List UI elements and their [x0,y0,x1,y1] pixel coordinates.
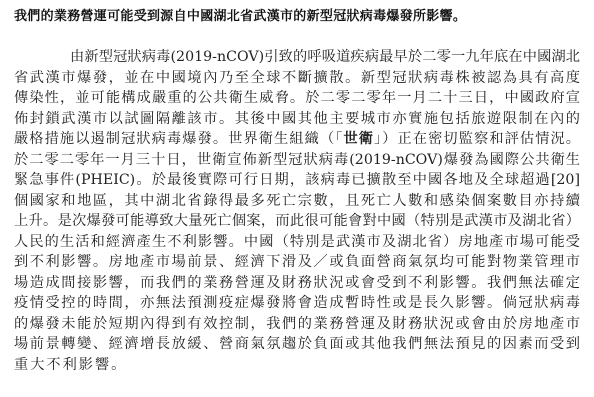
paragraph-line: 的爆發未能於短期內得到有效控制，我們的業務營運及財務狀況或會由於房地產市 [14,314,580,335]
paragraph-line: 場造成間接影響，而我們的業務營運及財務狀況或會受到不利影響。我們無法確定 [14,273,580,294]
paragraph-line: 疫情受控的時間，亦無法預測疫症爆發將會造成暫時性或是長久影響。倘冠狀病毒 [14,293,580,314]
paragraph-line-with-defined-term: 嚴格措施以遏制冠狀病毒爆發。世界衛生組織（「世衛」）正在密切監察和評估情況。 [14,129,580,150]
line-text-after: 」）正在密切監察和評估情況。 [374,131,580,147]
paragraph-line: 傳染性，並可能構成嚴重的公共衛生威脅。於二零二零年一月二十三日，中國政府宣 [14,88,580,109]
document-heading: 我們的業務營運可能受到源自中國湖北省武漢市的新型冠狀病毒爆發所影響。 [14,7,580,27]
paragraph-line: 上升。是次爆發可能導致大量死亡個案，而此很可能會對中國（特別是武漢市及湖北省） [14,211,580,232]
paragraph-line: 個國家和地區，其中湖北省錄得最多死亡宗數，且死亡人數和感染個案數目亦持續 [14,191,580,212]
document: 我們的業務營運可能受到源自中國湖北省武漢市的新型冠狀病毒爆發所影響。 由新型冠狀… [14,7,580,375]
paragraph-line: 省武漢市爆發，並在中國境內乃至全球不斷擴散。新型冠狀病毒株被認為具有高度 [14,68,580,89]
paragraph-line: 到不利影響。房地產市場前景、經濟下滑及／或負面營商氣氛均可能對物業管理市 [14,252,580,273]
defined-term: 世衛 [343,131,374,147]
paragraph-line: 人民的生活和經濟產生不利影響。中國（特別是武漢市及湖北省）房地產市場可能受 [14,232,580,253]
paragraph-line: 緊急事件(PHEIC)。於最後實際可行日期，該病毒已擴散至中國各地及全球超過[2… [14,170,580,191]
paragraph-line: 佈封鎖武漢市以試圖隔離該市。其後中國其他主要城市亦實施包括旅遊限制在內的 [14,109,580,130]
paragraph-line: 場前景轉變、經濟增長放緩、營商氣氛趨於負面或其他我們無法預見的因素而受到 [14,334,580,355]
body-paragraph: 由新型冠狀病毒(2019-nCOV)引致的呼吸道疾病最早於二零一九年底在中國湖北… [14,47,580,375]
line-text-before: 嚴格措施以遏制冠狀病毒爆發。世界衛生組織（「 [14,131,343,147]
paragraph-line: 重大不利影響。 [14,355,580,376]
paragraph-line: 由新型冠狀病毒(2019-nCOV)引致的呼吸道疾病最早於二零一九年底在中國湖北 [14,47,580,68]
paragraph-line: 於二零二零年一月三十日，世衛宣佈新型冠狀病毒(2019-nCOV)爆發為國際公共… [14,150,580,171]
